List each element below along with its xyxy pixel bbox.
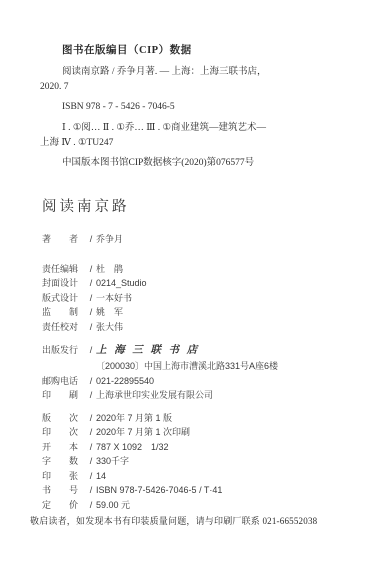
spec-value: 59.00 元 (96, 500, 130, 510)
spec-row-format: 开 本/787 X 1092 1/32 (42, 440, 375, 455)
spec-row-isbn: 书 号/ISBN 978-7-5426-7046-5 / T·41 (42, 483, 375, 498)
separator: / (86, 483, 96, 498)
credit-label: 封面设计 (42, 276, 86, 291)
publisher-address: 〔200030〕中国上海市漕溪北路331号A座6楼 (96, 359, 375, 374)
reader-notice: 敬启读者，如发现本书有印装质量问题，请与印刷厂联系 021-66552038 (30, 514, 317, 527)
author-row: 著 者/乔争月 (42, 232, 375, 247)
copyright-page: 图书在版编目（CIP）数据 阅读南京路 / 乔争月著. — 上海：上海三联书店，… (0, 0, 375, 569)
separator: / (86, 232, 96, 247)
book-title: 阅读南京路 (42, 195, 375, 216)
cip-line-year: 2020. 7 (40, 80, 375, 95)
credit-row-supervisor: 监 制/姚 军 (42, 305, 375, 320)
publishing-block: 出版发行/上 海 三 联 书 店 〔200030〕中国上海市漕溪北路331号A座… (0, 343, 375, 403)
credit-value: 杜 鹃 (96, 264, 123, 274)
cip-line-isbn: ISBN 978 - 7 - 5426 - 7046-5 (62, 100, 375, 115)
credit-label: 责任编辑 (42, 262, 86, 277)
cip-line-title: 阅读南京路 / 乔争月著. — 上海：上海三联书店， (62, 65, 375, 80)
separator: / (86, 305, 96, 320)
spec-value: 2020年 7 月第 1 次印刷 (96, 427, 190, 437)
spec-label: 定 价 (42, 498, 86, 513)
spec-value: 2020年 7 月第 1 版 (96, 413, 172, 423)
specs-block: 版 次/2020年 7 月第 1 版 印 次/2020年 7 月第 1 次印刷 … (0, 411, 375, 513)
separator: / (86, 440, 96, 455)
author-block: 著 者/乔争月 (0, 232, 375, 247)
cip-record-number: 中国版本图书馆CIP数据核字(2020)第076577号 (62, 156, 375, 171)
credit-label: 责任校对 (42, 320, 86, 335)
cip-block: 图书在版编目（CIP）数据 阅读南京路 / 乔争月著. — 上海：上海三联书店，… (0, 43, 375, 171)
spec-row-word-count: 字 数/330千字 (42, 454, 375, 469)
spec-value: 787 X 1092 1/32 (96, 442, 169, 452)
credit-label: 版式设计 (42, 291, 86, 306)
spec-row-edition: 版 次/2020年 7 月第 1 版 (42, 411, 375, 426)
spec-row-sheets: 印 张/14 (42, 469, 375, 484)
separator: / (86, 498, 96, 513)
separator: / (86, 425, 96, 440)
separator: / (86, 291, 96, 306)
separator: / (86, 276, 96, 291)
cip-header: 图书在版编目（CIP）数据 (62, 43, 375, 58)
credit-row-proofreader: 责任校对/张大伟 (42, 320, 375, 335)
publisher-label: 出版发行 (42, 343, 86, 358)
spec-label: 字 数 (42, 454, 86, 469)
credit-row-editor: 责任编辑/杜 鹃 (42, 262, 375, 277)
cip-line-class1: Ⅰ . ①阅… Ⅱ . ①乔… Ⅲ . ①商业建筑—建筑艺术— (62, 121, 375, 136)
spec-label: 印 次 (42, 425, 86, 440)
spec-row-printing: 印 次/2020年 7 月第 1 次印刷 (42, 425, 375, 440)
separator: / (86, 469, 96, 484)
author-value: 乔争月 (96, 234, 123, 244)
credit-value: 一本好书 (96, 293, 132, 303)
credit-value: 0214_Studio (96, 278, 147, 288)
phone-label: 邮购电话 (42, 374, 86, 389)
separator: / (86, 411, 96, 426)
spec-label: 版 次 (42, 411, 86, 426)
credits-block: 责任编辑/杜 鹃 封面设计/0214_Studio 版式设计/一本好书 监 制/… (0, 262, 375, 335)
separator: / (86, 388, 96, 403)
spec-label: 开 本 (42, 440, 86, 455)
publisher-row: 出版发行/上 海 三 联 书 店 (42, 343, 375, 359)
author-label: 著 者 (42, 232, 86, 247)
spec-value: 330千字 (96, 456, 129, 466)
separator: / (86, 454, 96, 469)
mail-order-phone-row: 邮购电话/021-22895540 (42, 374, 375, 389)
spec-row-price: 定 价/59.00 元 (42, 498, 375, 513)
printer-row: 印 刷/上海承世印实业发展有限公司 (42, 388, 375, 403)
spec-value: ISBN 978-7-5426-7046-5 / T·41 (96, 485, 222, 495)
spec-label: 书 号 (42, 483, 86, 498)
separator: / (86, 262, 96, 277)
separator: / (86, 374, 96, 389)
spec-label: 印 张 (42, 469, 86, 484)
spec-value: 14 (96, 471, 106, 481)
credit-row-layout-design: 版式设计/一本好书 (42, 291, 375, 306)
credit-row-cover-design: 封面设计/0214_Studio (42, 276, 375, 291)
credit-value: 张大伟 (96, 322, 123, 332)
printer-label: 印 刷 (42, 388, 86, 403)
separator: / (86, 320, 96, 335)
credit-value: 姚 军 (96, 307, 123, 317)
printer-name: 上海承世印实业发展有限公司 (96, 390, 213, 400)
publisher-name: 上 海 三 联 书 店 (96, 345, 200, 356)
phone-number: 021-22895540 (96, 376, 154, 386)
cip-line-class2: 上海 Ⅳ . ①TU247 (40, 136, 375, 151)
separator: / (86, 343, 96, 358)
credit-label: 监 制 (42, 305, 86, 320)
